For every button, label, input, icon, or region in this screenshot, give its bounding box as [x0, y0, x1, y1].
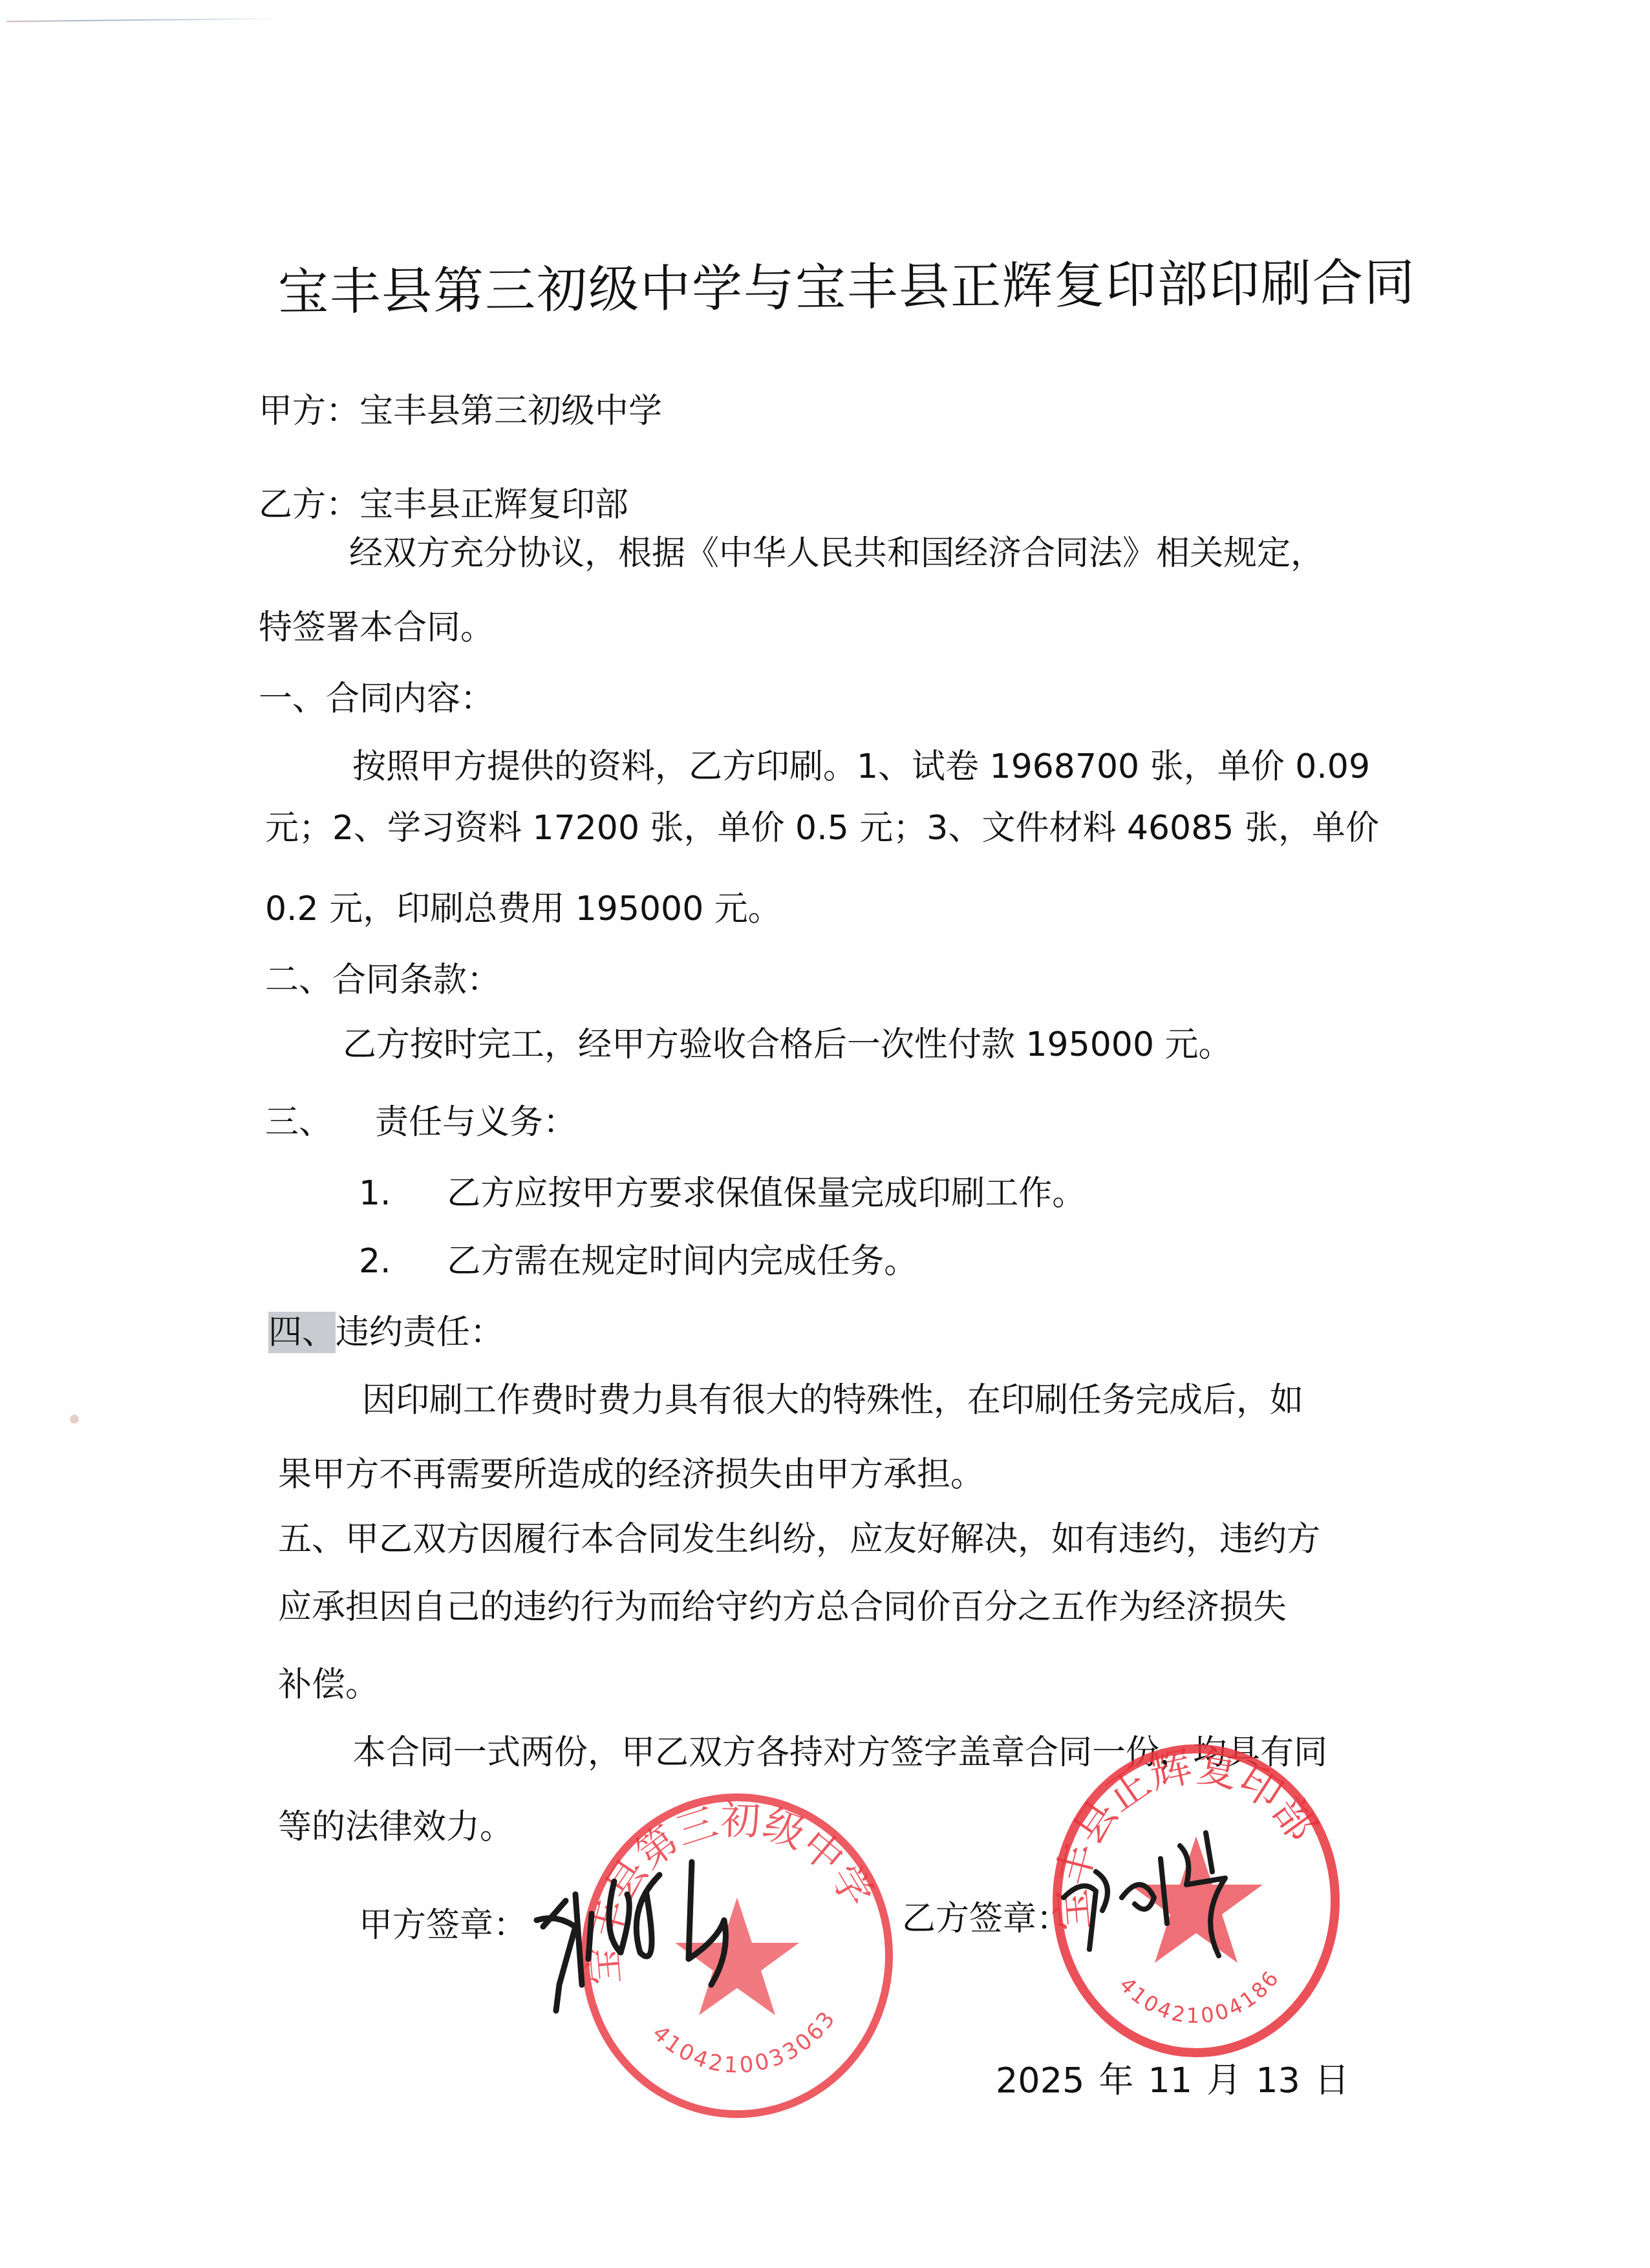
section-4-body-line-1: 因印刷工作费时费力具有很大的特殊性，在印刷任务完成后，如: [362, 1384, 1303, 1417]
date-year: 2025: [996, 2060, 1084, 2101]
party-b-line: 乙方：宝丰县正辉复印部: [259, 488, 628, 522]
closing-line-1: 本合同一式两份，甲乙双方各持对方签字盖章合同一份，均具有同: [352, 1736, 1327, 1770]
section-3-item-2: 2. 乙方需在规定时间内完成任务。: [359, 1245, 917, 1278]
date-month-unit: 月: [1206, 2060, 1241, 2101]
item-text: 乙方应按甲方要求保值保量完成印刷工作。: [447, 1174, 1086, 1213]
section-1-heading: 一、合同内容：: [259, 682, 494, 716]
contract-page: 宝丰县第三初级中学与宝丰县正辉复印部印刷合同 甲方：宝丰县第三初级中学 乙方：宝…: [0, 0, 1650, 2268]
closing-line-2: 等的法律效力。: [278, 1810, 513, 1844]
scan-artifact-line: [6, 18, 278, 22]
date-day-unit: 日: [1314, 2060, 1349, 2101]
party-a-seal: 宝丰县第三初级中学 4104210033063: [569, 1788, 905, 2124]
section-4-heading-text: 违约责任：: [336, 1313, 504, 1352]
item-number: 2.: [359, 1242, 391, 1281]
section-1-body-line-2: 元；2、学习资料 17200 张，单价 0.5 元；3、文件材料 46085 张…: [265, 811, 1379, 845]
party-b-handwritten-signature: [1057, 1820, 1264, 1969]
contract-title: 宝丰县第三初级中学与宝丰县正辉复印部印刷合同: [278, 242, 1378, 325]
date-month: 11: [1148, 2060, 1192, 2101]
scan-speck: [70, 1415, 79, 1424]
party-b-seal-serial: 4104210041862: [1044, 1739, 1285, 2028]
section-5-line-3: 补偿。: [278, 1668, 379, 1702]
section-1-body-line-1: 按照甲方提供的资料，乙方印刷。1、试卷 1968700 张，单价 0.09: [352, 750, 1370, 784]
section-5-line-1: 五、甲乙双方因履行本合同发生纠纷，应友好解决，如有违约，违约方: [278, 1523, 1320, 1556]
party-a-line: 甲方：宝丰县第三初级中学: [259, 394, 662, 428]
party-a-signature-label: 甲方签章：: [359, 1898, 527, 1946]
party-b-signature-label: 乙方签章：: [902, 1891, 1070, 1940]
party-a-seal-serial: 4104210033063: [647, 2005, 842, 2079]
svg-text:宝丰县第三初级中学: 宝丰县第三初级中学: [579, 1796, 882, 1986]
preamble-line-1: 经双方充分协议，根据《中华人民共和国经济合同法》相关规定，: [349, 537, 1324, 570]
party-a-seal-text: 宝丰县第三初级中学: [579, 1796, 882, 1986]
party-b-seal: 宝丰县正辉复印部 4104210041862: [1044, 1739, 1348, 2062]
section-3-item-1: 1. 乙方应按甲方要求保值保量完成印刷工作。: [359, 1177, 1086, 1210]
highlighted-section-number: 四、: [268, 1312, 336, 1353]
section-4-heading: 四、违约责任：: [268, 1316, 504, 1349]
preamble-line-2: 特签署本合同。: [259, 611, 494, 645]
section-2-heading: 二、合同条款：: [265, 963, 500, 997]
item-number: 1.: [359, 1174, 391, 1213]
item-text: 乙方需在规定时间内完成任务。: [447, 1242, 917, 1281]
date-day: 13: [1256, 2060, 1300, 2101]
section-2-body: 乙方按时完工，经甲方验收合格后一次性付款 195000 元。: [343, 1028, 1232, 1062]
contract-date: 2025年11月13日: [996, 2053, 1364, 2102]
date-year-unit: 年: [1098, 2060, 1133, 2101]
section-4-body-line-2: 果甲方不再需要所造成的经济损失由甲方承担。: [278, 1458, 984, 1492]
section-1-body-line-3: 0.2 元，印刷总费用 195000 元。: [265, 892, 782, 926]
svg-text:4104210041862: 4104210041862: [1044, 1739, 1285, 2028]
party-a-handwritten-signature: [530, 1856, 776, 2037]
svg-text:4104210033063: 4104210033063: [647, 2005, 842, 2079]
section-5-line-2: 应承担因自己的违约行为而给守约方总合同价百分之五作为经济损失: [278, 1590, 1287, 1624]
section-3-heading: 三、 责任与义务：: [265, 1106, 577, 1139]
